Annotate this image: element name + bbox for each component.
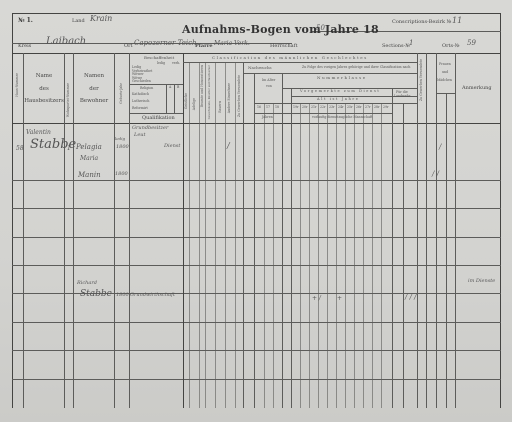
nachwuchs-header: Nachwuchs [248,66,272,70]
header-bottom [12,123,501,124]
pfarre-label: Pfarre [195,44,213,49]
row1-besitzer-first: Valentin [26,130,51,136]
land-label: Land [72,19,85,24]
classification-header: Classification des männlichen Geschlecht… [212,56,368,60]
col-haus-nummer: Haus-Nummer [15,73,19,97]
ort-value: Capozerner Teich [134,40,197,47]
row-line [12,322,501,323]
row1-qual-note: Dienst [164,144,180,149]
census-form: № 1. Land Krain Aufnahms-Bogen vom Jahre… [12,13,501,408]
row6-jahr: 1800 [116,293,129,298]
pfarre-value: Maria Verk. [214,41,250,47]
document-page: № 1. Land Krain Aufnahms-Bogen vom Jahre… [0,0,512,422]
kreis-label: Kreis [18,44,31,49]
row6-qualifikation: Grundwirthschaft [130,293,175,298]
row-line [12,379,501,380]
row1-haus-nr: 58 [16,146,24,152]
col-wohnpartei: Wohnpartei-Nummer [66,83,70,117]
row6-anmerkung: im Dienste [468,279,495,284]
frame-left [12,13,13,408]
col-name-besitzer: NamedesHausbesitzers [24,73,64,105]
ort-label: Ort [124,44,133,49]
orts-label: Orts-№ [442,44,460,49]
row6-bewohner: Stabbe [80,290,112,299]
row-line [12,265,501,266]
row2-bewohner-first: Maria [80,156,98,162]
conscription-label: Conscriptions-Bezirk № [392,20,451,25]
row6-bewohner-first: Richard [77,281,97,286]
anmerkung-header: Anmerkung [462,86,492,91]
year-suffix: 50 [316,25,325,32]
row1-partei: 1 [67,146,71,152]
row-line [12,350,501,351]
land-value: Krain [90,15,112,23]
herrschaft-label: Herrschaft [270,44,298,49]
form-number: № 1. [18,18,33,24]
row-line [12,208,501,209]
frame-right [500,13,501,408]
table-top [12,53,501,54]
row1-qualifikation: Grundbesitzer [132,126,168,131]
form-title: Aufnahms-Bogen vom Jahre 18 [182,24,379,35]
section-label: Sections-№ [382,44,410,49]
row-line [12,237,501,238]
row1-jahr: 1800 [116,145,129,150]
section-value: 1 [409,40,413,47]
row1-bewohner: Pelagia [76,144,102,151]
frame-top [12,13,501,14]
row1-jahr-note: ledig [115,137,125,141]
col-namen-bewohner: NamenderBewohner [74,73,114,105]
conscription-value: 11 [452,17,462,25]
row2-bewohner: Manin [78,172,101,179]
row-line [12,180,501,181]
nummerklasse-header: Nummerklasse [317,76,367,80]
orts-value: 59 [467,40,476,47]
kreis-value: Laibach [46,37,86,47]
row2-jahr: 1800 [115,172,128,177]
beschaffenheit-title: Beschaffenheit [144,56,174,60]
col-geburts-jahr: Geburts-Jahr [119,83,123,104]
qualifikation-header: Qualifikation [142,116,175,121]
